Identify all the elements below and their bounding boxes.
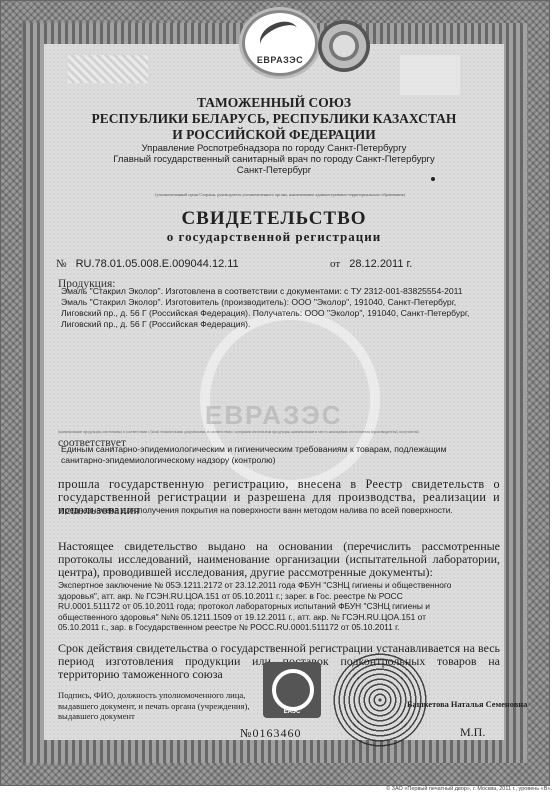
union-line: РЕСПУБЛИКИ БЕЛАРУСЬ, РЕСПУБЛИКИ КАЗАХСТА… — [44, 111, 504, 127]
date-value: 28.12.2011 г. — [349, 258, 412, 270]
conformity-text: Единым санитарно-эпидемиологическим и ги… — [58, 444, 498, 466]
stamp-place-label: М.П. — [460, 725, 485, 740]
emblem-label: ЕВРАЗЭС — [245, 55, 315, 65]
conformity-line: санитарно-эпидемиологическому надзору (к… — [61, 455, 498, 466]
purpose-text: предназначена для получения покрытия на … — [60, 505, 453, 515]
product-line: Эмаль "Стакрил Эколор". Изготовлена в со… — [61, 286, 498, 297]
product-caption: (наименование продукции, изготовлена в с… — [58, 430, 498, 434]
signer-name: Башкетова Наталья Семеновна — [407, 700, 527, 709]
authority-line: Главный государственный санитарный врач … — [44, 154, 504, 165]
number-value: RU.78.01.05.008.Е.009044.12.11 — [76, 258, 239, 270]
certificate-number: № RU.78.01.05.008.Е.009044.12.11 — [56, 258, 239, 270]
authority-block: Управление Роспотребнадзора по городу Са… — [44, 143, 504, 176]
basis-line: 05.10.2011 г., зар. в Государственном ре… — [58, 622, 500, 633]
basis-text: Экспертное заключение № 05Э.1211.2172 от… — [58, 580, 500, 633]
union-line: ТАМОЖЕННЫЙ СОЮЗ — [44, 95, 504, 111]
certificate-date: от 28.12.2011 г. — [330, 258, 412, 270]
signature-label-line: Подпись, ФИО, должность уполномоченного … — [58, 690, 258, 701]
product-line: Эмаль "Стакрил Эколор". Изготовитель (пр… — [61, 297, 498, 308]
signature-label: Подпись, ФИО, должность уполномоченного … — [58, 690, 258, 722]
security-pattern-left — [68, 55, 148, 83]
authority-line: Управление Роспотребнадзора по городу Са… — [44, 143, 504, 154]
security-pattern-right — [400, 55, 460, 95]
document-title: СВИДЕТЕЛЬСТВО — [44, 208, 504, 230]
product-line: Лиговский пр., д. 56 Г (Российская Федер… — [61, 308, 498, 319]
signature-label-line: выдавшего документ, и печать органа (учр… — [58, 701, 258, 712]
basis-section: Настоящее свидетельство выдано на основа… — [58, 540, 500, 633]
number-label: № — [56, 258, 67, 270]
authority-caption: (уполномоченный орган Стороны, руководит… — [60, 192, 500, 197]
product-section: Продукция: Эмаль "Стакрил Эколор". Изгот… — [58, 278, 498, 330]
basis-line: общественного здоровья" №№ 05.1211.1509 … — [58, 612, 500, 623]
date-label: от — [330, 258, 340, 270]
product-line: Лиговский пр., д. 56 Г (Российская Федер… — [61, 319, 498, 330]
customs-union-heading: ТАМОЖЕННЫЙ СОЮЗ РЕСПУБЛИКИ БЕЛАРУСЬ, РЕС… — [44, 95, 504, 143]
hologram-sticker-icon: ЕАЭС — [263, 662, 321, 718]
evrazes-emblem-icon: ЕВРАЗЭС — [242, 10, 318, 76]
printer-footer: © ЗАО «Первый печатный двор», г. Москва,… — [386, 786, 552, 792]
basis-line: Экспертное заключение № 05Э.1211.2172 от… — [58, 580, 500, 591]
product-text: Эмаль "Стакрил Эколор". Изготовлена в со… — [58, 286, 498, 330]
ink-dot — [431, 177, 435, 181]
basis-line: здоровья", атт. акр. № ГСЭН.RU.ЦОА.151 о… — [58, 591, 500, 602]
basis-label: Настоящее свидетельство выдано на основа… — [58, 540, 500, 579]
watermark-label: ЕВРАЗЭС — [205, 400, 343, 431]
signature-label-line: выдавшего документ — [58, 711, 258, 722]
document-subtitle: о государственной регистрации — [44, 229, 504, 245]
basis-line: RU.0001.511172 от 05.10.2011 года; прото… — [58, 601, 500, 612]
conformity-section: соответствует Единым санитарно-эпидемиол… — [58, 437, 498, 466]
conformity-line: Единым санитарно-эпидемиологическим и ги… — [61, 444, 498, 455]
hologram-seal-icon — [318, 20, 370, 72]
serial-number: №0163460 — [240, 726, 301, 741]
authority-line: Санкт-Петербург — [44, 165, 504, 176]
union-line: И РОССИЙСКОЙ ФЕДЕРАЦИИ — [44, 127, 504, 143]
hologram-sticker-label: ЕАЭС — [263, 709, 321, 715]
